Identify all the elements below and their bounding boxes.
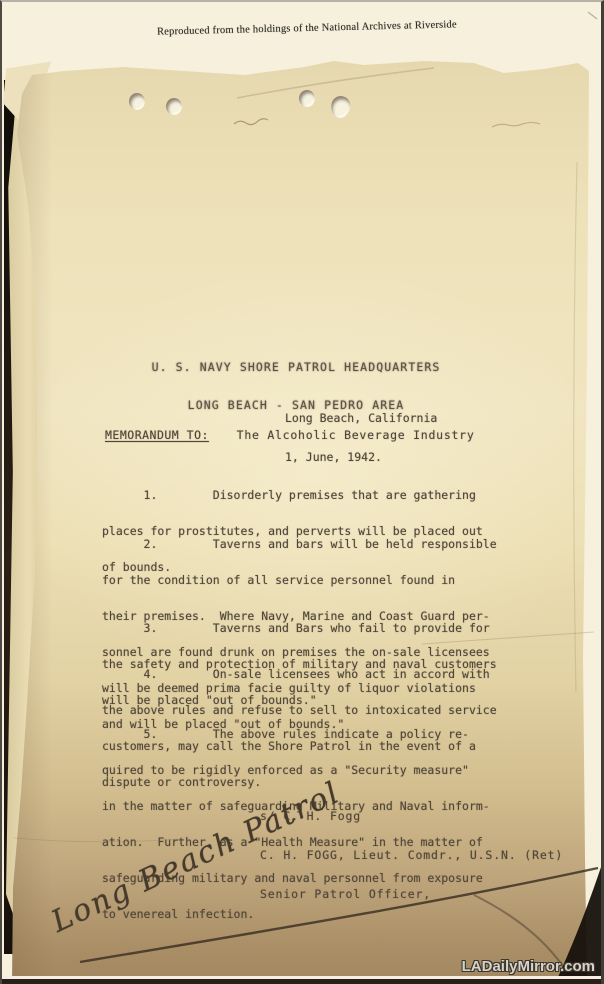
pencil-mark	[588, 12, 597, 19]
photo-bottom-edge	[2, 979, 601, 984]
signature-name: C. H. FOGG, Lieut. Comdr., U.S.N. (Ret)	[260, 849, 563, 862]
memo-recipient: The Alcoholic Beverage Industry	[237, 428, 475, 442]
dateline-city: Long Beach, California	[285, 412, 437, 425]
text-line: 4. On-sale licensees who act in accord w…	[102, 668, 497, 680]
punch-hole-2	[166, 98, 182, 115]
text-line: for the condition of all service personn…	[102, 574, 497, 586]
memo-label: MEMORANDUM TO:	[105, 428, 209, 442]
punch-hole-1	[129, 93, 145, 110]
punch-hole-3	[299, 90, 315, 107]
memo-spacer	[209, 428, 237, 442]
signature-title: Senior Patrol Officer,	[260, 888, 563, 901]
text-line: 2. Taverns and bars will be held respons…	[102, 538, 497, 550]
text-line: 5. The above rules indicate a policy re-	[102, 728, 490, 740]
text-line: 3. Taverns and Bars who fail to provide …	[102, 622, 497, 634]
watermark: LADailyMirror.com	[462, 958, 595, 975]
memo-document: U. S. NAVY SHORE PATROL HEADQUARTERS LON…	[12, 58, 593, 984]
archive-note: Reproduced from the holdings of the Nati…	[157, 19, 457, 37]
letterhead-line-1: U. S. NAVY SHORE PATROL HEADQUARTERS	[150, 361, 442, 374]
memo-to-line: MEMORANDUM TO: The Alcoholic Beverage In…	[105, 429, 475, 441]
text-line: 1. Disorderly premises that are gatherin…	[102, 489, 483, 501]
text-line: quired to be rigidly enforced as a "Secu…	[102, 764, 490, 776]
dateline-date: 1, June, 1942.	[285, 451, 437, 464]
punch-hole-4	[329, 94, 353, 120]
photo-frame: Reproduced from the holdings of the Nati…	[0, 0, 604, 984]
